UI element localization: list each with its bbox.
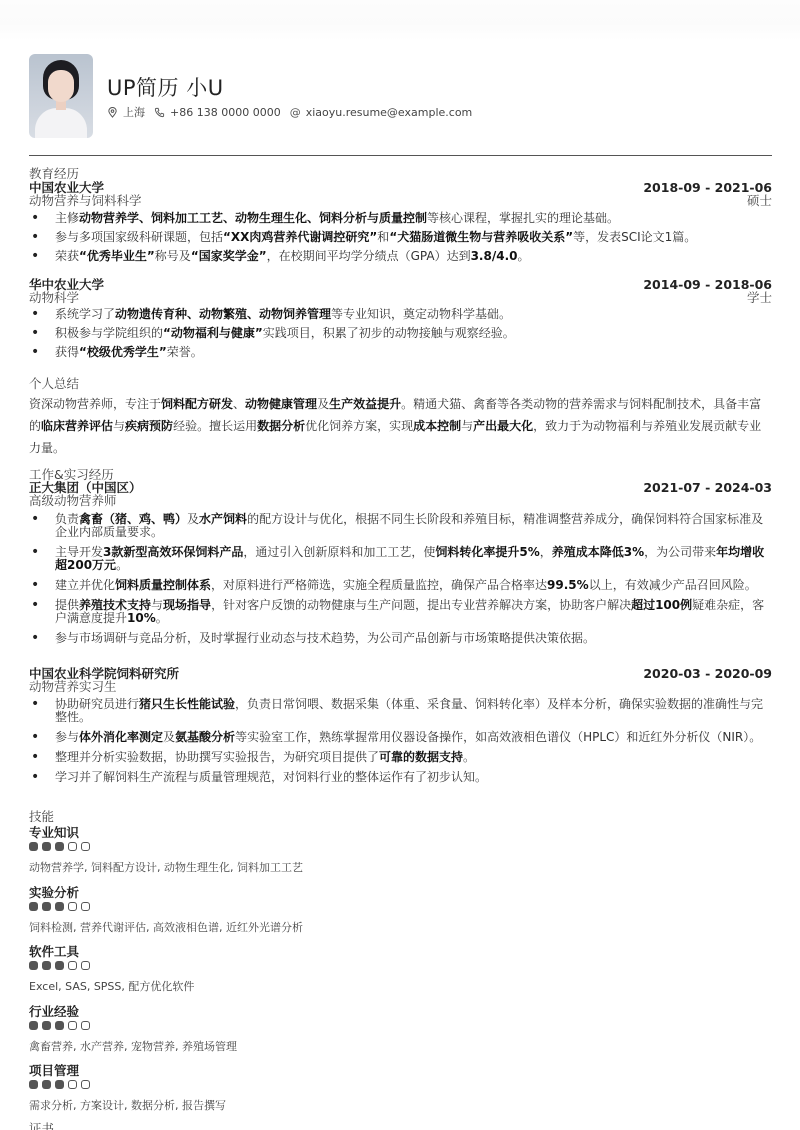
skill-description: 需求分析, 方案设计, 数据分析, 报告撰写	[29, 1097, 226, 1113]
skill-name: 实验分析	[29, 883, 79, 901]
edu-major-1: 动物营养与饲料科学	[29, 194, 142, 208]
section-title-education: 教育经历	[29, 167, 79, 181]
bullet-item: 协助研究员进行猪只生长性能试验，负责日常饲喂、数据采集（体重、采食量、饲料转化率…	[29, 698, 772, 724]
rating-dot-filled-icon	[29, 961, 38, 970]
skill-level-rating	[29, 1021, 90, 1030]
rating-dot-filled-icon	[42, 961, 51, 970]
rating-dot-filled-icon	[42, 902, 51, 911]
work-bullets-2: 协助研究员进行猪只生长性能试验，负责日常饲喂、数据采集（体重、采食量、饲料转化率…	[29, 698, 772, 784]
bullet-item: 提供养殖技术支持与现场指导，针对客户反馈的动物健康与生产问题，提出专业营养解决方…	[29, 599, 772, 625]
skill-description: Excel, SAS, SPSS, 配方优化软件	[29, 978, 194, 994]
rating-dot-filled-icon	[42, 1021, 51, 1030]
bullet-item: 建立并优化饲料质量控制体系，对原料进行严格筛选，实施全程质量监控，确保产品合格率…	[29, 579, 772, 592]
work-date-2: 2020-03 - 2020-09	[643, 667, 772, 681]
bullet-item: 学习并了解饲料生产流程与质量管理规范，对饲料行业的整体运作有了初步认知。	[29, 771, 772, 784]
rating-dot-empty-icon	[68, 1080, 77, 1089]
email-text[interactable]: xiaoyu.resume@example.com	[306, 106, 473, 119]
skill-level-rating	[29, 842, 90, 851]
bullet-item: 系统学习了动物遗传育种、动物繁殖、动物饲养管理等专业知识，奠定动物科学基础。	[29, 308, 772, 321]
phone-text: +86 138 0000 0000	[170, 106, 281, 119]
contact-info: 上海 +86 138 0000 0000 @ xiaoyu.resume@exa…	[107, 104, 481, 120]
rating-dot-filled-icon	[55, 902, 64, 911]
rating-dot-empty-icon	[81, 961, 90, 970]
skill-level-rating	[29, 961, 90, 970]
rating-dot-empty-icon	[81, 1080, 90, 1089]
candidate-name: UP简历 小U	[107, 72, 224, 102]
skill-description: 动物营养学, 饲料配方设计, 动物生理生化, 饲料加工工艺	[29, 859, 303, 875]
bullet-item: 参与多项国家级科研课题，包括“XX肉鸡营养代谢调控研究”和“犬猫肠道微生物与营养…	[29, 231, 772, 244]
rating-dot-empty-icon	[81, 902, 90, 911]
rating-dot-filled-icon	[29, 842, 38, 851]
edu-major-2: 动物科学	[29, 291, 79, 305]
rating-dot-filled-icon	[29, 1021, 38, 1030]
skill-level-rating	[29, 1080, 90, 1089]
bullet-item: 荣获“优秀毕业生”称号及“国家奖学金”，在校期间平均学分绩点（GPA）达到3.8…	[29, 250, 772, 263]
rating-dot-filled-icon	[55, 1021, 64, 1030]
skill-name: 专业知识	[29, 823, 79, 841]
rating-dot-filled-icon	[55, 961, 64, 970]
section-title-skills: 技能	[29, 810, 54, 824]
edu-bullets-1: 主修动物营养学、饲料加工工艺、动物生理生化、饲料分析与质量控制等核心课程，掌握扎…	[29, 212, 772, 263]
section-title-summary: 个人总结	[29, 377, 79, 391]
rating-dot-filled-icon	[55, 1080, 64, 1089]
at-icon: @	[290, 106, 301, 119]
map-pin-icon	[107, 107, 118, 118]
avatar-photo	[29, 54, 93, 138]
bullet-item: 整理并分析实验数据，协助撰写实验报告，为研究项目提供了可靠的数据支持。	[29, 751, 772, 764]
skill-description: 饲料检测, 营养代谢评估, 高效液相色谱, 近红外光谱分析	[29, 919, 303, 935]
summary-text: 资深动物营养师，专注于饲料配方研发、动物健康管理及生产效益提升。精通犬猫、禽畜等…	[29, 393, 772, 459]
rating-dot-empty-icon	[68, 902, 77, 911]
bullet-item: 主导开发3款新型高效环保饲料产品，通过引入创新原料和加工工艺，使饲料转化率提升5…	[29, 546, 772, 572]
bullet-item: 积极参与学院组织的“动物福利与健康”实践项目，积累了初步的动物接触与观察经验。	[29, 327, 772, 340]
edu-degree-1: 硕士	[747, 194, 772, 208]
phone-icon	[154, 107, 165, 118]
bullet-item: 负责禽畜（猪、鸡、鸭）及水产饲料的配方设计与优化，根据不同生长阶段和养殖目标，精…	[29, 513, 772, 539]
rating-dot-empty-icon	[81, 1021, 90, 1030]
location-text: 上海	[123, 104, 145, 120]
work-bullets-1: 负责禽畜（猪、鸡、鸭）及水产饲料的配方设计与优化，根据不同生长阶段和养殖目标，精…	[29, 513, 772, 645]
bullet-item: 参与市场调研与竞品分析，及时掌握行业动态与技术趋势，为公司产品创新与市场策略提供…	[29, 632, 772, 645]
page-top-shadow	[0, 0, 800, 40]
skill-name: 行业经验	[29, 1002, 79, 1020]
bullet-item: 主修动物营养学、饲料加工工艺、动物生理生化、饲料分析与质量控制等核心课程，掌握扎…	[29, 212, 772, 225]
rating-dot-filled-icon	[42, 1080, 51, 1089]
work-role-1: 高级动物营养师	[29, 494, 117, 508]
skill-level-rating	[29, 902, 90, 911]
rating-dot-filled-icon	[29, 902, 38, 911]
edu-degree-2: 学士	[747, 291, 772, 305]
rating-dot-filled-icon	[29, 1080, 38, 1089]
edu-bullets-2: 系统学习了动物遗传育种、动物繁殖、动物饲养管理等专业知识，奠定动物科学基础。积极…	[29, 308, 772, 359]
work-role-2: 动物营养实习生	[29, 680, 117, 694]
rating-dot-empty-icon	[81, 842, 90, 851]
resume-header: UP简历 小U 上海 +86 138 0000 0000 @ xiaoyu.re…	[29, 54, 772, 140]
skill-description: 禽畜营养, 水产营养, 宠物营养, 养殖场管理	[29, 1038, 237, 1054]
rating-dot-filled-icon	[55, 842, 64, 851]
rating-dot-empty-icon	[68, 1021, 77, 1030]
rating-dot-empty-icon	[68, 961, 77, 970]
skill-name: 项目管理	[29, 1061, 79, 1079]
bullet-item: 获得“校级优秀学生”荣誉。	[29, 346, 772, 359]
skill-name: 软件工具	[29, 942, 79, 960]
section-title-certificates: 证书	[29, 1122, 54, 1130]
work-date-1: 2021-07 - 2024-03	[643, 481, 772, 495]
header-divider	[29, 155, 772, 156]
bullet-item: 参与体外消化率测定及氨基酸分析等实验室工作，熟练掌握常用仪器设备操作，如高效液相…	[29, 731, 772, 744]
rating-dot-empty-icon	[68, 842, 77, 851]
rating-dot-filled-icon	[42, 842, 51, 851]
